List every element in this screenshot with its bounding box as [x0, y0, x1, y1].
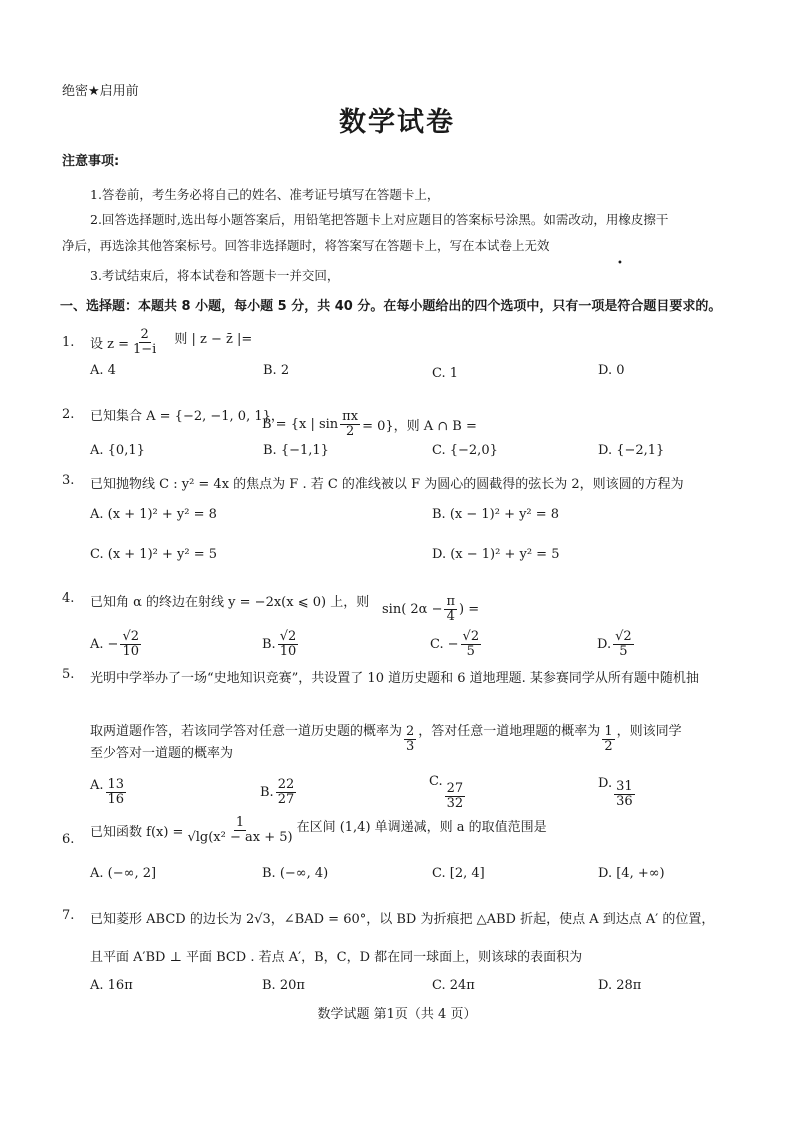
fraction-denominator: 1−i	[131, 343, 158, 357]
fraction-denominator: √lg(x² − ax + 5)	[185, 831, 294, 845]
option-fraction: 22 27	[276, 778, 297, 808]
q7-line-1: 已知菱形 ABCD 的边长为 2√3，∠BAD = 60°，以 BD 为折痕把 …	[90, 908, 714, 927]
option-fraction: √2 5	[461, 630, 482, 660]
option-label: D.	[597, 637, 611, 652]
fraction-numerator: 1	[602, 725, 614, 740]
q1-fraction: 2 1−i	[131, 328, 158, 358]
fraction-numerator: 13	[106, 778, 127, 793]
q1-option-c[interactable]: C. 1	[432, 366, 458, 381]
fraction-denominator: 5	[617, 645, 629, 659]
fraction-numerator: √2	[613, 630, 634, 645]
notice-heading: 注意事项:	[62, 150, 119, 169]
q3-stem: 已知抛物线 C : y² = 4x 的焦点为 F . 若 C 的准线被以 F 为…	[90, 473, 684, 492]
option-sign: −	[108, 637, 119, 652]
q5-fraction-1: 2 3	[404, 725, 416, 755]
option-fraction: 13 16	[106, 778, 127, 808]
q6-fraction: 1 √lg(x² − ax + 5)	[185, 816, 294, 846]
q1-option-d[interactable]: D. 0	[598, 363, 625, 378]
q5-line-2c: ，则该同学	[617, 720, 682, 739]
option-label: B.	[260, 785, 274, 800]
q3-option-a[interactable]: A. (x + 1)² + y² = 8	[90, 507, 217, 522]
q1-option-a[interactable]: A. 4	[90, 363, 116, 378]
q4-option-a[interactable]: A. − √2 10	[90, 630, 143, 660]
question-number: 2.	[62, 407, 74, 422]
q6-option-c[interactable]: C. [2, 4]	[432, 866, 485, 881]
q7-option-d[interactable]: D. 28π	[598, 978, 641, 993]
confidential-label: 绝密★启用前	[62, 80, 139, 99]
q6-option-d[interactable]: D. [4, +∞)	[598, 866, 665, 881]
q4-fraction: π 4	[444, 595, 457, 625]
q5-option-a[interactable]: A. 13 16	[90, 778, 128, 808]
option-fraction: √2 10	[278, 630, 299, 660]
q4-option-c[interactable]: C. − √2 5	[430, 630, 483, 660]
q2-option-a[interactable]: A. {0,1}	[90, 443, 145, 458]
q2-option-c[interactable]: C. {−2,0}	[432, 443, 498, 458]
fraction-denominator: 32	[445, 797, 466, 811]
section-heading: 一、选择题：本题共 8 小题，每小题 5 分，共 40 分。在每小题给出的四个选…	[60, 295, 721, 314]
q6-option-b[interactable]: B. (−∞, 4)	[262, 866, 328, 881]
q3-option-d[interactable]: D. (x − 1)² + y² = 5	[432, 547, 559, 562]
q5-line-2a: 取两道题作答，若该同学答对任意一道历史题的概率为	[90, 720, 402, 739]
q5-line-2b: ，答对任意一道地理题的概率为	[418, 720, 600, 739]
q5-option-b[interactable]: B. 22 27	[260, 778, 298, 808]
question-number: 7.	[62, 908, 74, 923]
q2-stem-a: 已知集合 A = {−2, −1, 0, 1}，	[90, 405, 284, 424]
notice-item-2: 2.回答选择题时,选出每小题答案后，用铅笔把答题卡上对应题目的答案标号涂黑。如需…	[90, 210, 668, 230]
q6-stem: 已知函数 f(x) = 1 √lg(x² − ax + 5) 在区间 (1,4)…	[90, 816, 547, 846]
question-number: 1.	[62, 335, 74, 350]
fraction-numerator: √2	[278, 630, 299, 645]
fraction-numerator: 2	[404, 725, 416, 740]
q7-option-c[interactable]: C. 24π	[432, 978, 475, 993]
q2-option-d[interactable]: D. {−2,1}	[598, 443, 664, 458]
q1-stem-suffix: 则 | z − z̄ |=	[174, 328, 252, 347]
q5-option-d[interactable]: D. 31 36	[598, 776, 637, 810]
stray-dot: •	[617, 258, 623, 269]
fraction-numerator: π	[444, 595, 457, 610]
q2-option-b[interactable]: B. {−1,1}	[263, 443, 329, 458]
notice-item-1: 1.答卷前，考生务必将自己的姓名、准考证号填写在答题卡上，	[90, 185, 439, 205]
q4-option-b[interactable]: B. √2 10	[262, 630, 300, 660]
q7-line-2: 且平面 A′BD ⊥ 平面 BCD . 若点 A′，B，C，D 都在同一球面上，…	[90, 946, 582, 965]
q3-option-c[interactable]: C. (x + 1)² + y² = 5	[90, 547, 217, 562]
fraction-denominator: 10	[120, 645, 141, 659]
q7-option-b[interactable]: B. 20π	[262, 978, 305, 993]
q7-option-a[interactable]: A. 16π	[90, 978, 133, 993]
q1-stem-prefix: 设 z =	[90, 333, 129, 352]
q5-line-1: 光明中学举办了一场“史地知识竞赛”，共设置了 10 道历史题和 6 道地理题. …	[90, 667, 699, 686]
q4-expression: sin( 2α − π 4 ) =	[382, 595, 479, 625]
question-number: 5.	[62, 667, 74, 682]
q5-fraction-2: 1 2	[602, 725, 614, 755]
option-fraction: √2 10	[120, 630, 141, 660]
option-fraction: 31 36	[614, 780, 635, 810]
fraction-numerator: πx	[340, 410, 360, 425]
option-fraction: √2 5	[613, 630, 634, 660]
notice-item-3: 3.考试结束后，将本试卷和答题卡一并交回，	[90, 266, 339, 286]
q6-stem-suffix: 在区间 (1,4) 单调递减，则 a 的取值范围是	[297, 816, 547, 835]
q4-expr-suffix: ) =	[459, 602, 479, 617]
q4-expr-prefix: sin( 2α −	[382, 602, 442, 617]
q5-option-c[interactable]: C. 27 32	[429, 774, 467, 812]
q5-line-3: 至少答对一道题的概率为	[90, 742, 233, 761]
fraction-denominator: 36	[614, 795, 635, 809]
fraction-numerator: 31	[614, 780, 635, 795]
page-title: 数学试卷	[0, 100, 794, 139]
option-label: A.	[90, 637, 104, 652]
question-number: 3.	[62, 473, 74, 488]
option-label: A.	[90, 778, 104, 793]
option-fraction: 27 32	[445, 782, 466, 812]
fraction-denominator: 5	[465, 645, 477, 659]
q6-stem-prefix: 已知函数 f(x) =	[90, 821, 183, 840]
fraction-numerator: 27	[445, 782, 466, 797]
q2-stem-b: B = {x | sin πx 2 = 0}，则 A ∩ B =	[262, 410, 477, 440]
q2-fraction: πx 2	[340, 410, 360, 440]
fraction-denominator: 16	[106, 793, 127, 807]
fraction-denominator: 10	[278, 645, 299, 659]
q3-option-b[interactable]: B. (x − 1)² + y² = 8	[432, 507, 559, 522]
question-number: 6.	[62, 832, 74, 847]
q1-option-b[interactable]: B. 2	[263, 363, 289, 378]
fraction-denominator: 2	[602, 740, 614, 754]
question-number: 4.	[62, 591, 74, 606]
q4-stem: 已知角 α 的终边在射线 y = −2x(x ⩽ 0) 上，则	[90, 591, 369, 610]
fraction-numerator: √2	[461, 630, 482, 645]
notice-item-2-cont: 净后，再选涂其他答案标号。回答非选择题时，将答案写在答题卡上，写在本试卷上无效	[62, 236, 550, 256]
q2-set-b-suffix: = 0}，则 A ∩ B =	[362, 415, 477, 434]
question-1-stem: 设 z = 2 1−i 则 | z − z̄ |=	[90, 328, 252, 358]
fraction-numerator: 2	[139, 328, 151, 343]
q2-set-b-prefix: B = {x | sin	[262, 417, 338, 432]
option-label: B.	[262, 637, 276, 652]
fraction-numerator: 22	[276, 778, 297, 793]
option-label: C.	[429, 774, 443, 789]
q4-option-d[interactable]: D. √2 5	[597, 630, 636, 660]
option-label: D.	[598, 776, 612, 791]
option-sign: −	[448, 637, 459, 652]
fraction-denominator: 2	[344, 425, 356, 439]
option-label: C.	[430, 637, 444, 652]
fraction-denominator: 4	[445, 610, 457, 624]
fraction-denominator: 3	[404, 740, 416, 754]
page-footer: 数学试题 第1页（共 4 页）	[0, 1003, 794, 1022]
fraction-denominator: 27	[276, 793, 297, 807]
fraction-numerator: √2	[120, 630, 141, 645]
q6-option-a[interactable]: A. (−∞, 2]	[90, 866, 156, 881]
fraction-numerator: 1	[234, 816, 246, 831]
